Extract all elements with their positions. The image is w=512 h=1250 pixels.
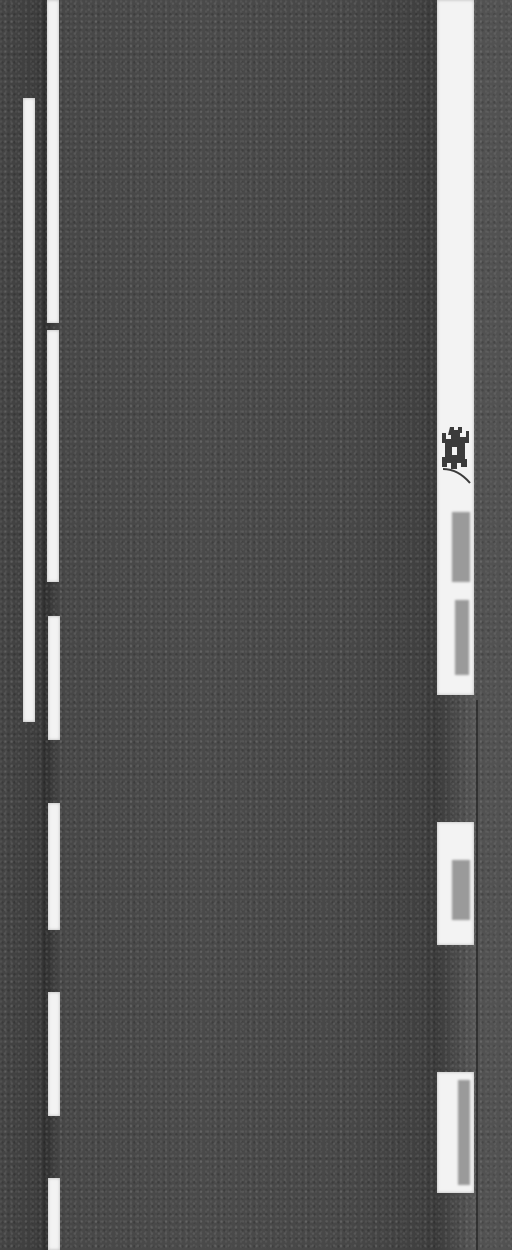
tar-seam (476, 700, 478, 1250)
left-inner-line-segment (47, 330, 59, 582)
road-aerial-image (0, 0, 512, 1250)
castle-crest-icon (440, 425, 472, 485)
left-lane-dash (48, 992, 60, 1116)
left-lane-dash (48, 803, 60, 930)
left-outer-solid-line (23, 98, 35, 722)
wear-mark (452, 512, 470, 582)
left-inner-line-segment (47, 0, 59, 323)
wear-mark (455, 600, 469, 675)
right-edge-solid-line (437, 0, 474, 695)
wear-mark (458, 1080, 470, 1185)
wear-mark (452, 860, 470, 920)
left-lane-dash (48, 616, 60, 740)
left-lane-dash (48, 1178, 60, 1250)
right-shoulder (476, 0, 512, 1250)
